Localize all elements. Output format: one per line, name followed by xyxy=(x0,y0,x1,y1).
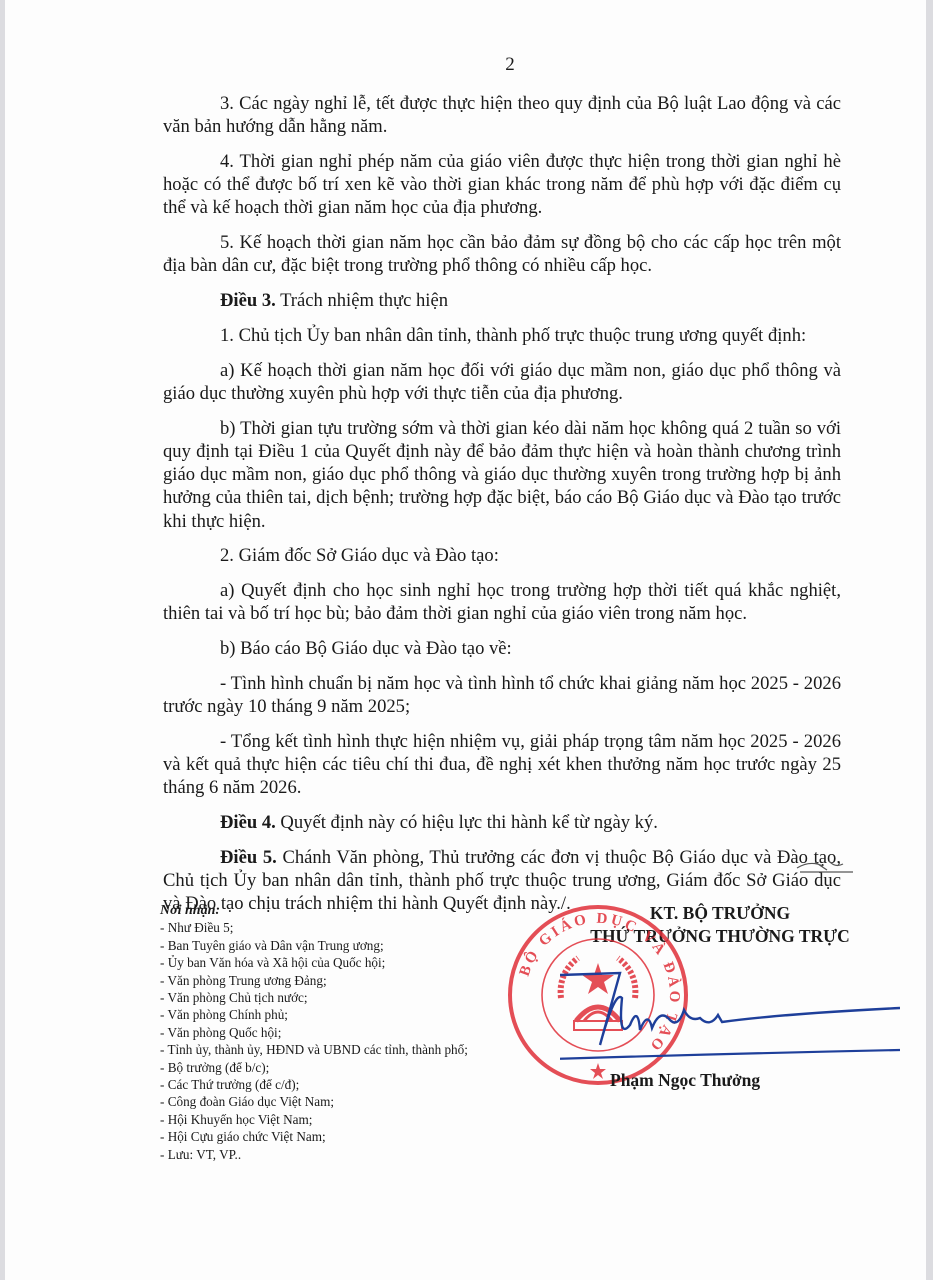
article-heading: Điều 3. xyxy=(220,290,276,311)
paragraph: - Tình hình chuẩn bị năm học và tình hìn… xyxy=(163,672,841,718)
recipient-item: - Ủy ban Văn hóa và Xã hội của Quốc hội; xyxy=(160,954,520,971)
paragraph: a) Kế hoạch thời gian năm học đối với gi… xyxy=(163,359,841,405)
paragraph-text: a) Kế hoạch thời gian năm học đối với gi… xyxy=(163,360,841,404)
recipient-item: - Hội Khuyến học Việt Nam; xyxy=(160,1111,520,1128)
recipient-item: - Tỉnh ủy, thành ủy, HĐND và UBND các tỉ… xyxy=(160,1041,520,1058)
article-heading: Điều 4. xyxy=(220,812,276,833)
paragraph-text: 2. Giám đốc Sở Giáo dục và Đào tạo: xyxy=(220,545,499,566)
paragraph-text: - Tình hình chuẩn bị năm học và tình hìn… xyxy=(163,673,841,717)
paragraph: 4. Thời gian nghỉ phép năm của giáo viên… xyxy=(163,150,841,220)
recipient-item: - Lưu: VT, VP.. xyxy=(160,1146,520,1163)
recipient-item: - Công đoàn Giáo dục Việt Nam; xyxy=(160,1093,520,1110)
paragraph: - Tổng kết tình hình thực hiện nhiệm vụ,… xyxy=(163,730,841,800)
recipient-item: - Văn phòng Trung ương Đảng; xyxy=(160,972,520,989)
paragraph: b) Thời gian tựu trường sớm và thời gian… xyxy=(163,417,841,533)
recipient-item: - Các Thứ trưởng (để c/đ); xyxy=(160,1076,520,1093)
recipient-item: - Văn phòng Quốc hội; xyxy=(160,1024,520,1041)
paragraph: a) Quyết định cho học sinh nghỉ học tron… xyxy=(163,579,841,625)
paragraph-text: Trách nhiệm thực hiện xyxy=(276,290,448,311)
paragraph: 2. Giám đốc Sở Giáo dục và Đào tạo: xyxy=(163,544,841,567)
recipient-item: - Hội Cựu giáo chức Việt Nam; xyxy=(160,1128,520,1145)
paragraph-text: 1. Chủ tịch Ủy ban nhân dân tỉnh, thành … xyxy=(220,325,806,346)
handwritten-signature xyxy=(560,970,900,1070)
document-body: 3. Các ngày nghỉ lễ, tết được thực hiện … xyxy=(163,92,841,927)
paragraph-text: b) Báo cáo Bộ Giáo dục và Đào tạo về: xyxy=(220,638,512,659)
recipients-title: Nơi nhận: xyxy=(160,902,520,919)
paragraph-text: Quyết định này có hiệu lực thi hành kể t… xyxy=(276,812,658,833)
paragraph: b) Báo cáo Bộ Giáo dục và Đào tạo về: xyxy=(163,637,841,660)
recipient-item: - Văn phòng Chính phủ; xyxy=(160,1006,520,1023)
recipients-block: Nơi nhận: - Như Điều 5;- Ban Tuyên giáo … xyxy=(160,902,520,1163)
paragraph-text: a) Quyết định cho học sinh nghỉ học tron… xyxy=(163,580,841,624)
paragraph: 5. Kế hoạch thời gian năm học cần bảo đả… xyxy=(163,231,841,277)
paragraph-text: - Tổng kết tình hình thực hiện nhiệm vụ,… xyxy=(163,731,841,798)
paragraph-text: 3. Các ngày nghỉ lễ, tết được thực hiện … xyxy=(163,93,841,137)
paragraph: Điều 3. Trách nhiệm thực hiện xyxy=(163,289,841,312)
article-heading: Điều 5. xyxy=(220,847,277,868)
recipients-list: - Như Điều 5;- Ban Tuyên giáo và Dân vận… xyxy=(160,919,520,1163)
recipient-item: - Văn phòng Chủ tịch nước; xyxy=(160,989,520,1006)
document-page: 2 3. Các ngày nghỉ lễ, tết được thực hiệ… xyxy=(0,0,933,1280)
paragraph-text: 4. Thời gian nghỉ phép năm của giáo viên… xyxy=(163,151,841,218)
recipient-item: - Như Điều 5; xyxy=(160,919,520,936)
page-number: 2 xyxy=(0,54,933,76)
handwritten-initial-mark xyxy=(795,856,855,876)
paragraph: 3. Các ngày nghỉ lễ, tết được thực hiện … xyxy=(163,92,841,138)
recipient-item: - Bộ trưởng (để b/c); xyxy=(160,1059,520,1076)
signer-name: Phạm Ngọc Thưởng xyxy=(610,1070,760,1091)
recipient-item: - Ban Tuyên giáo và Dân vận Trung ương; xyxy=(160,937,520,954)
paragraph-text: b) Thời gian tựu trường sớm và thời gian… xyxy=(163,418,841,532)
paragraph: 1. Chủ tịch Ủy ban nhân dân tỉnh, thành … xyxy=(163,324,841,347)
paragraph: Điều 4. Quyết định này có hiệu lực thi h… xyxy=(163,811,841,834)
paragraph-text: 5. Kế hoạch thời gian năm học cần bảo đả… xyxy=(163,232,841,276)
